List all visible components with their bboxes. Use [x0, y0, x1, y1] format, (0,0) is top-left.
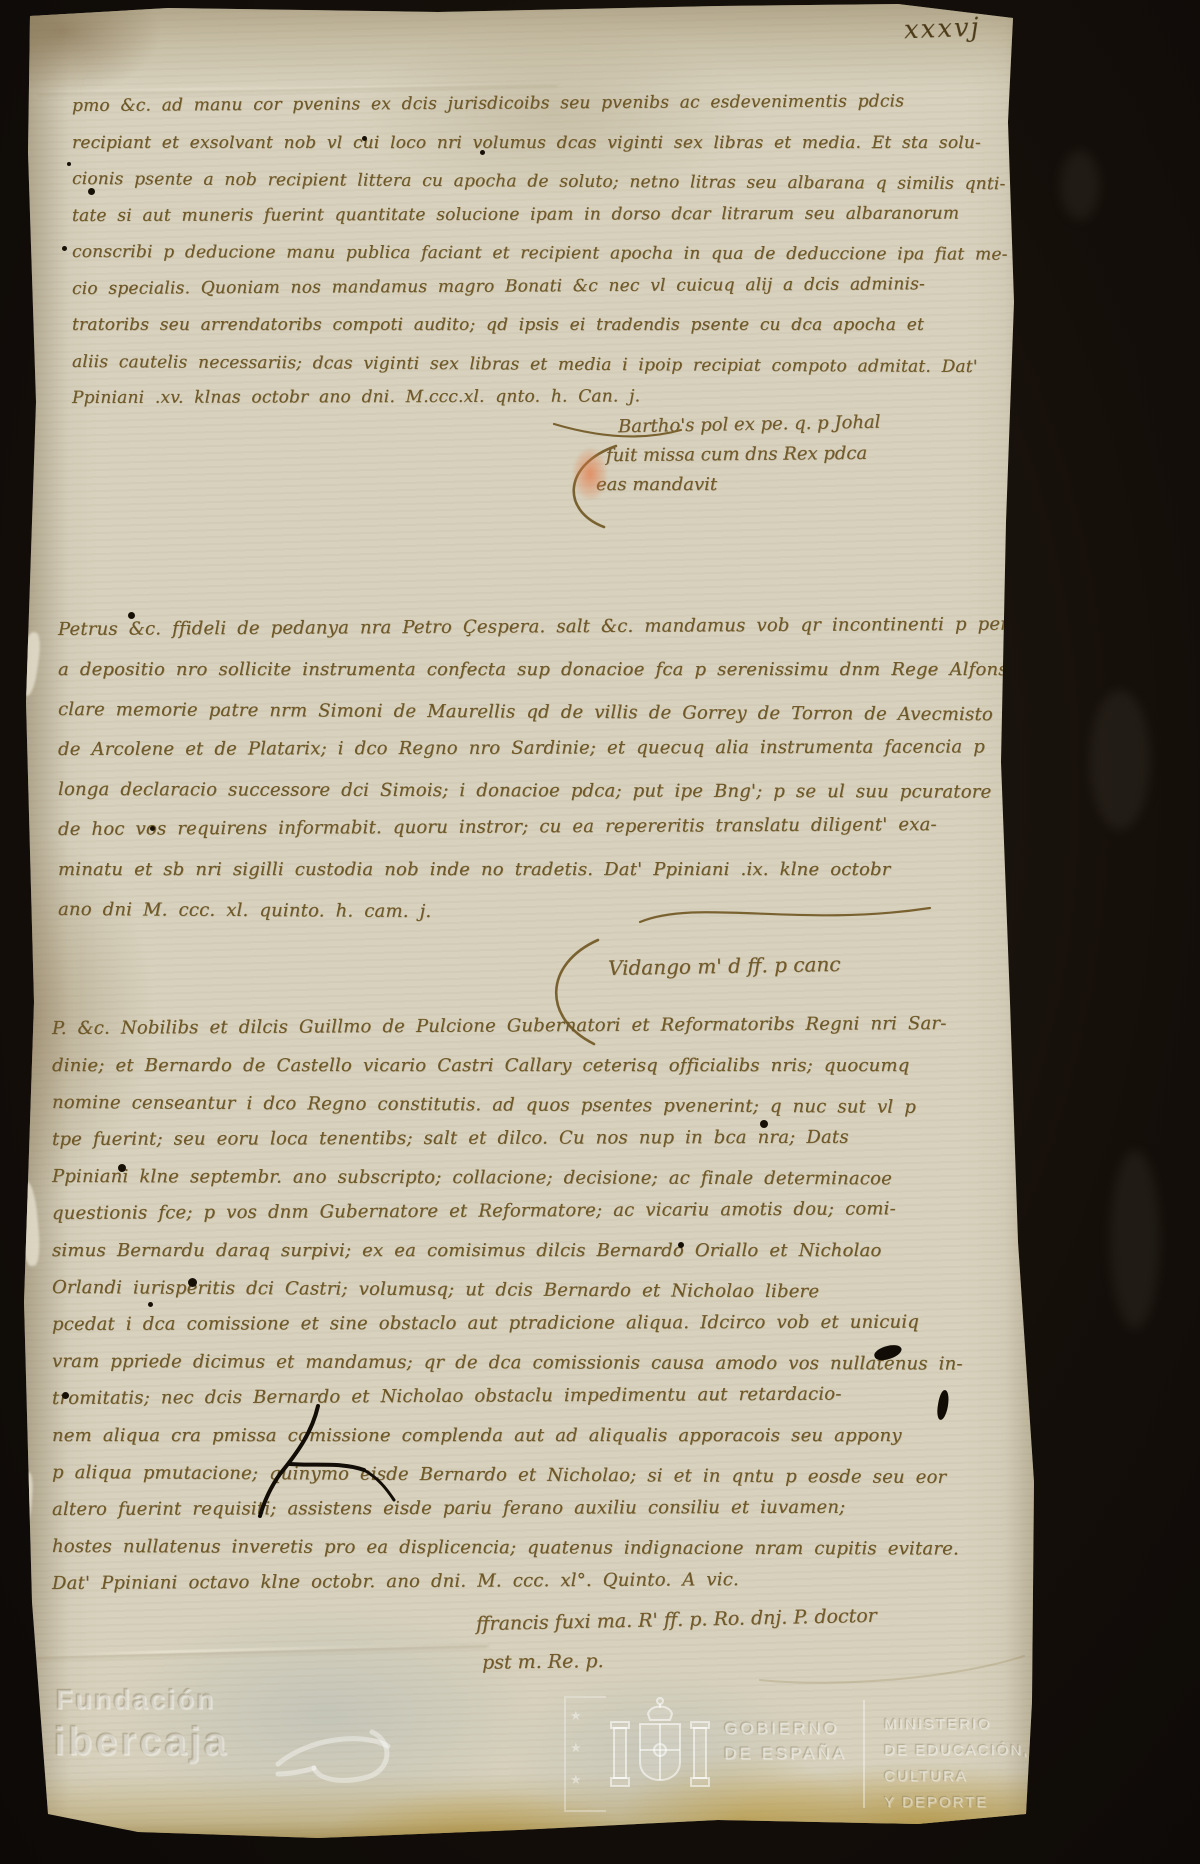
watermark-ministerio-line: Y DEPORTE: [884, 1790, 1046, 1816]
watermark-ministerio-line: MINISTERIO: [884, 1712, 1046, 1738]
paragraph-3: P. &c. Nobilibs et dilcis Guillmo de Pul…: [52, 1010, 957, 1602]
manuscript-line: minatu et sb nri sigilli custodia nob in…: [58, 850, 953, 890]
edge-tear: [16, 1181, 41, 1266]
ink-speck: [148, 1302, 153, 1307]
manuscript-line: nem aliqua cra pmissa comissione complen…: [52, 1417, 957, 1454]
manuscript-line: questionis fce; p vos dnm Gubernatore et…: [52, 1190, 957, 1232]
ink-speck: [62, 1392, 69, 1399]
ink-speck: [67, 162, 71, 166]
ink-speck: [128, 612, 135, 619]
watermark-gobierno: GOBIERNO DE ESPAÑA: [724, 1716, 847, 1766]
backdrop-smudge: [1060, 150, 1100, 220]
ibercaja-logo-icon: [274, 1716, 399, 1796]
ink-crack: [246, 1404, 406, 1519]
ink-speck: [362, 136, 367, 141]
manuscript-line: Petrus &c. ffideli de pedanya nra Petro …: [58, 605, 953, 650]
star-icon: ★: [570, 1708, 582, 1724]
watermark-ibercaja-line1: Fundación: [56, 1684, 216, 1716]
paragraph-1: pmo &c. ad manu cor pvenins ex dcis juri…: [72, 88, 957, 417]
spain-coat-of-arms-icon: [608, 1694, 712, 1810]
manuscript-line: simus Bernardu daraq surpivi; ex ea comi…: [52, 1232, 957, 1269]
star-icon: ★: [570, 1740, 582, 1756]
watermark-stars-frame: ★ ★ ★: [564, 1696, 606, 1812]
signature-line: Vidango m' d ff. p canc: [608, 952, 841, 980]
watermark-gobierno-line: DE ESPAÑA: [724, 1741, 847, 1766]
ink-speck: [188, 1278, 197, 1287]
ink-speck: [760, 1120, 768, 1128]
pen-flourish: [546, 420, 686, 530]
backdrop-smudge: [1090, 690, 1150, 830]
ink-speck: [1070, 1162, 1080, 1172]
signature-block-2: Vidango m' d ff. p canc: [608, 954, 841, 978]
ink-speck: [678, 1242, 684, 1248]
folio-number: xxxvj: [903, 13, 981, 46]
manuscript-line: a depositio nro sollicite instrumenta co…: [58, 650, 953, 690]
page-crease: [28, 1642, 488, 1657]
pen-swash: [758, 1650, 1028, 1690]
pen-swash: [638, 902, 938, 932]
manuscript-line: Dat' Ppiniani octavo klne octobr. ano dn…: [52, 1560, 957, 1602]
signature-line: ffrancis fuxi ma. R' ff. p. Ro. dnj. P. …: [476, 1596, 878, 1644]
ink-speck: [118, 1164, 126, 1172]
watermark-ministerio: MINISTERIO DE EDUCACIÓN, CULTURA Y DEPOR…: [884, 1712, 1046, 1816]
backdrop-smudge: [1110, 1150, 1160, 1330]
manuscript-line: dinie; et Bernardo de Castello vicario C…: [52, 1047, 957, 1084]
manuscript-line: tpe fuerint; seu eoru loca tenentibs; sa…: [52, 1118, 957, 1158]
watermark-ibercaja-line2: ibercaja: [54, 1720, 229, 1765]
watermark-divider: [863, 1700, 865, 1808]
manuscript-page: xxxvj pmo &c. ad manu cor pvenins ex dci…: [18, 2, 1046, 1844]
manuscript-line: P. &c. Nobilibs et dilcis Guillmo de Pul…: [52, 1005, 957, 1047]
manuscript-line: cio specialis. Quoniam nos mandamus magr…: [72, 266, 957, 307]
manuscript-line: altero fuerint requisiti; assistens eisd…: [52, 1488, 957, 1528]
manuscript-line: tromitatis; nec dcis Bernardo et Nichola…: [52, 1375, 957, 1417]
ink-speck: [88, 188, 95, 195]
manuscript-line: recipiant et exsolvant nob vl cui loco n…: [72, 125, 957, 162]
edge-tear: [18, 631, 43, 697]
ink-speck: [62, 246, 67, 251]
ink-speck: [150, 826, 155, 831]
manuscript-line: de hoc vos requirens informabit. quoru i…: [58, 805, 953, 850]
watermark-ministerio-line: DE EDUCACIÓN, CULTURA: [884, 1738, 1046, 1790]
manuscript-line: tate si aut muneris fuerint quantitate s…: [72, 195, 957, 234]
watermark-gobierno-line: GOBIERNO: [724, 1716, 847, 1741]
manuscript-line: tratoribs seu arrendatoribs compoti audi…: [72, 307, 957, 344]
manuscript-line: pcedat i dca comissione et sine obstaclo…: [52, 1303, 957, 1343]
star-icon: ★: [570, 1772, 582, 1788]
photo-background: xxxvj pmo &c. ad manu cor pvenins ex dci…: [0, 0, 1200, 1864]
manuscript-line: de Arcolene et de Platarix; i dco Regno …: [58, 728, 953, 770]
ink-speck: [480, 150, 485, 155]
edge-tear: [18, 1472, 34, 1525]
paragraph-2: Petrus &c. ffideli de pedanya nra Petro …: [58, 610, 953, 930]
